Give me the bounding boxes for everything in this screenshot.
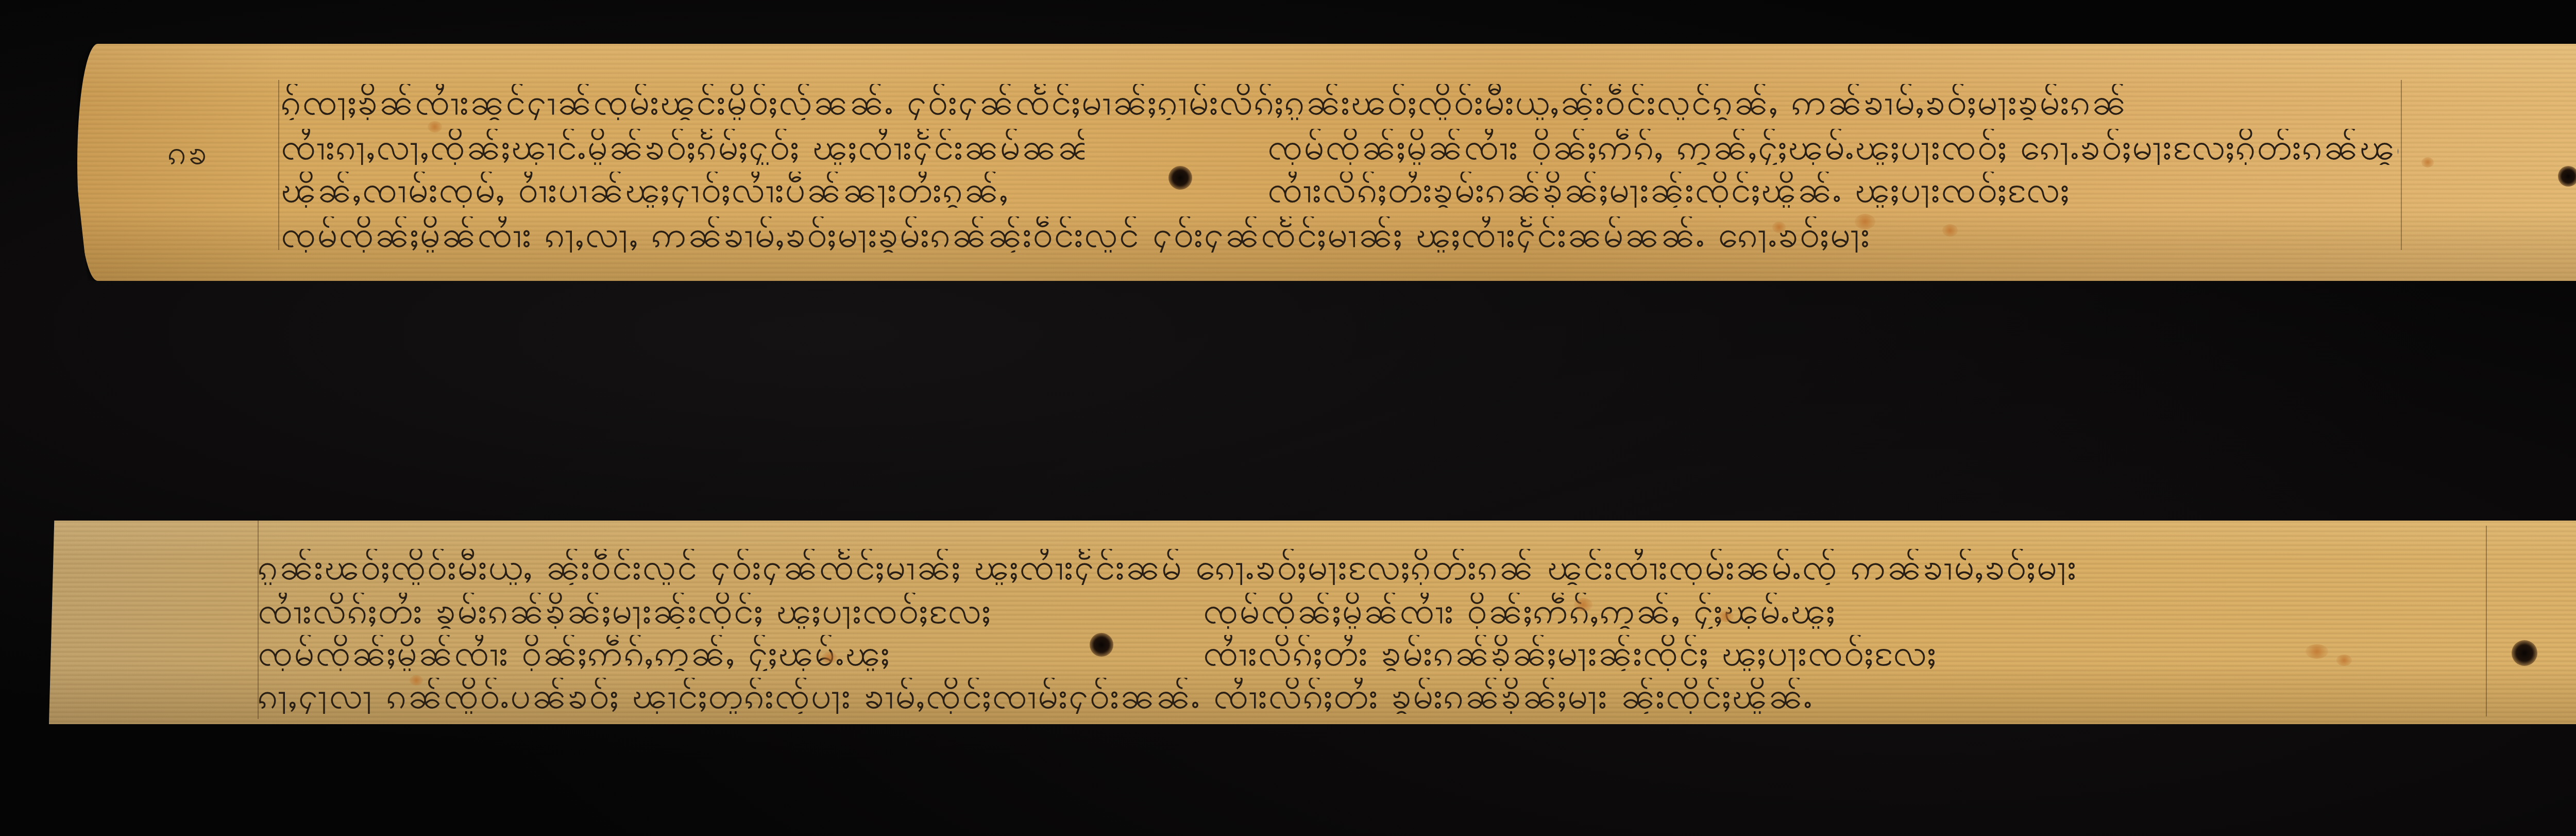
manuscript-line: ၸုမ်ၸိုၼ်ႈမိူၼ်ၸၢႆး ဝိုၼ်ႈဢဵၵ်ႇ ဢွၼ်ႇႁႂ်… <box>1267 129 2398 165</box>
right-margin-rule <box>2401 80 2402 250</box>
manuscript-line: ၸၢႆးလိၵ်ႈတႆး ၶွမ်းၵၼ်ၶိုၼ်ႈမႃးၼႂ်းၸိုင်ႈ… <box>258 593 1103 629</box>
palm-leaf-folio-bottom: ၵူၼ်းၽဝ်ႈၸိူဝ်းမီးယူႇ ၼႂ်းဝဵင်းလူင် ႁဝ်း… <box>49 521 2576 724</box>
manuscript-line: ၸၢႆးၵႃႇလႃႇၸိုၼ်ႈၾၢင်ႉမိူၼ်ၶဝ်ႈၵႅမ်ႈႁူဝ်ႈ… <box>281 129 1084 165</box>
manuscript-line: ၵႃႇႁႃလႃ ၵၼ်ၸိူဝ်ႉပၼ်ၶဝ်ႈ ၾၢင်ႈတူၵ်းၸႂ်ပႃ… <box>258 678 2483 714</box>
manuscript-line: ၸုမ်ၸိုၼ်ႈမိူၼ်ၸၢႆး ဝိုၼ်ႈဢဵၵ်ႇဢွၼ်ႇ ႁႂ်… <box>1203 593 2481 629</box>
foxing-stain <box>1942 224 1958 237</box>
manuscript-line: ၸၢႆးလိၵ်ႈတႆးၶွမ်းၵၼ်ၶိုၼ်ႈမႃးၼႂ်းၸိုင်ႈၽ… <box>1267 172 2398 208</box>
left-margin-rule <box>278 80 279 250</box>
manuscript-line: ၵူၼ်းၽဝ်ႈၸိူဝ်းမီးယူႇ ၼႂ်းဝဵင်းလူင် ႁဝ်း… <box>258 549 2483 585</box>
manuscript-line: ၸုမ်ၸိုၼ်ႈမိူၼ်ၸၢႆး ဝိုၼ်ႈဢဵၵ်ႇဢွၼ်ႇ ႁႂ်… <box>258 635 1082 671</box>
foxing-stain <box>410 675 423 685</box>
foxing-stain <box>2306 644 2328 659</box>
foxing-stain <box>1718 611 1734 622</box>
string-hole-right <box>2558 166 2576 187</box>
right-margin-rule <box>2486 526 2487 716</box>
string-hole-left <box>1090 633 1113 657</box>
foxing-stain <box>2336 655 2352 666</box>
folio-number: ၵၶ <box>167 137 209 170</box>
string-hole-left <box>1168 166 1192 190</box>
manuscript-line: ၵႂ်ၸႃႈၶိုၼ်ၸၢႆးၼွင်ႁၢၼ်ၸုမ်းၽွင်းမိူဝ်ႈလ… <box>281 84 2398 120</box>
string-hole-right <box>2512 640 2537 666</box>
foxing-stain <box>1855 214 1875 229</box>
foxing-stain <box>2421 157 2434 168</box>
manuscript-line: ၸုမ်ၸိုၼ်ႈမိူၼ်ၸၢႆး ၵႃႇလႃႇ ဢၼ်ၶၢမ်ႇၶဝ်ႈမ… <box>281 216 2398 253</box>
foxing-stain <box>1772 222 1786 233</box>
foxing-stain <box>822 652 837 663</box>
foxing-stain <box>428 121 442 132</box>
manuscript-line: ၸၢႆးလိၵ်ႈတႆး ၶွမ်းၵၼ်ၶိုၼ်ႈမႃးၼႂ်းၸိုင်ႈ… <box>1203 635 2481 671</box>
manuscript-line: ၽိုၼ်ႇၸၢမ်းၸုမ်ႇ ဝၢႆးပၢၼ်ၽူႈႁၢဝ်ႈလၢႆးပဵၼ… <box>281 172 1084 208</box>
foxing-stain <box>1574 598 1592 611</box>
palm-leaf-folio-top: ၵၶ ၵႂ်ၸႃႈၶိုၼ်ၸၢႆးၼွင်ႁၢၼ်ၸုမ်းၽွင်းမိူဝ… <box>77 44 2576 281</box>
